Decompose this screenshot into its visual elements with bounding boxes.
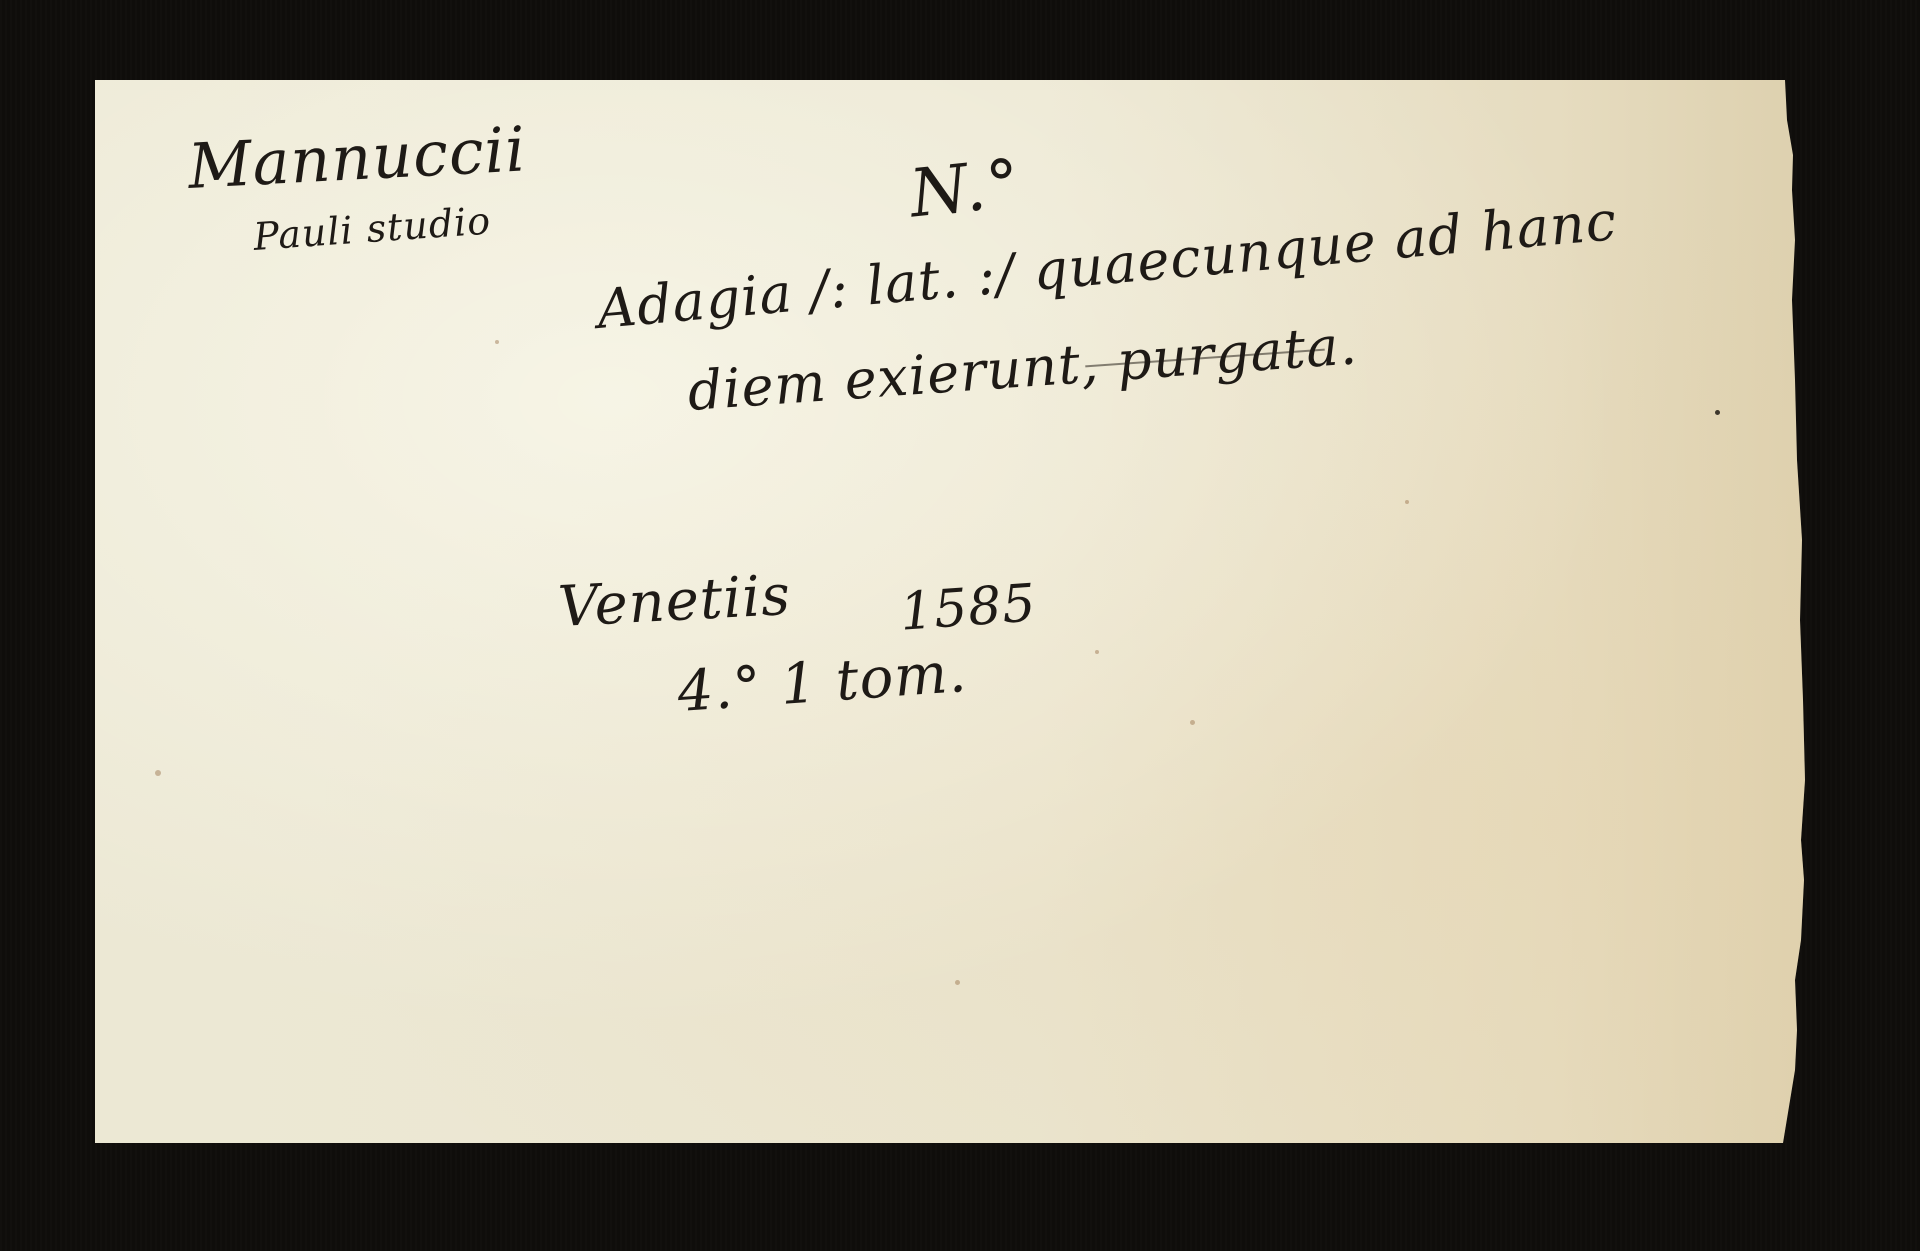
paper-speck xyxy=(955,980,960,985)
paper-speck xyxy=(1095,650,1099,654)
paper-speck xyxy=(1190,720,1195,725)
publication-place: Venetiis xyxy=(557,563,793,640)
paper-speck xyxy=(1405,500,1409,504)
paper-speck xyxy=(1715,410,1720,415)
paper-speck xyxy=(495,340,499,344)
publication-year: 1585 xyxy=(898,573,1038,642)
paper-speck xyxy=(155,770,161,776)
entry-number: N.° xyxy=(906,144,1024,232)
